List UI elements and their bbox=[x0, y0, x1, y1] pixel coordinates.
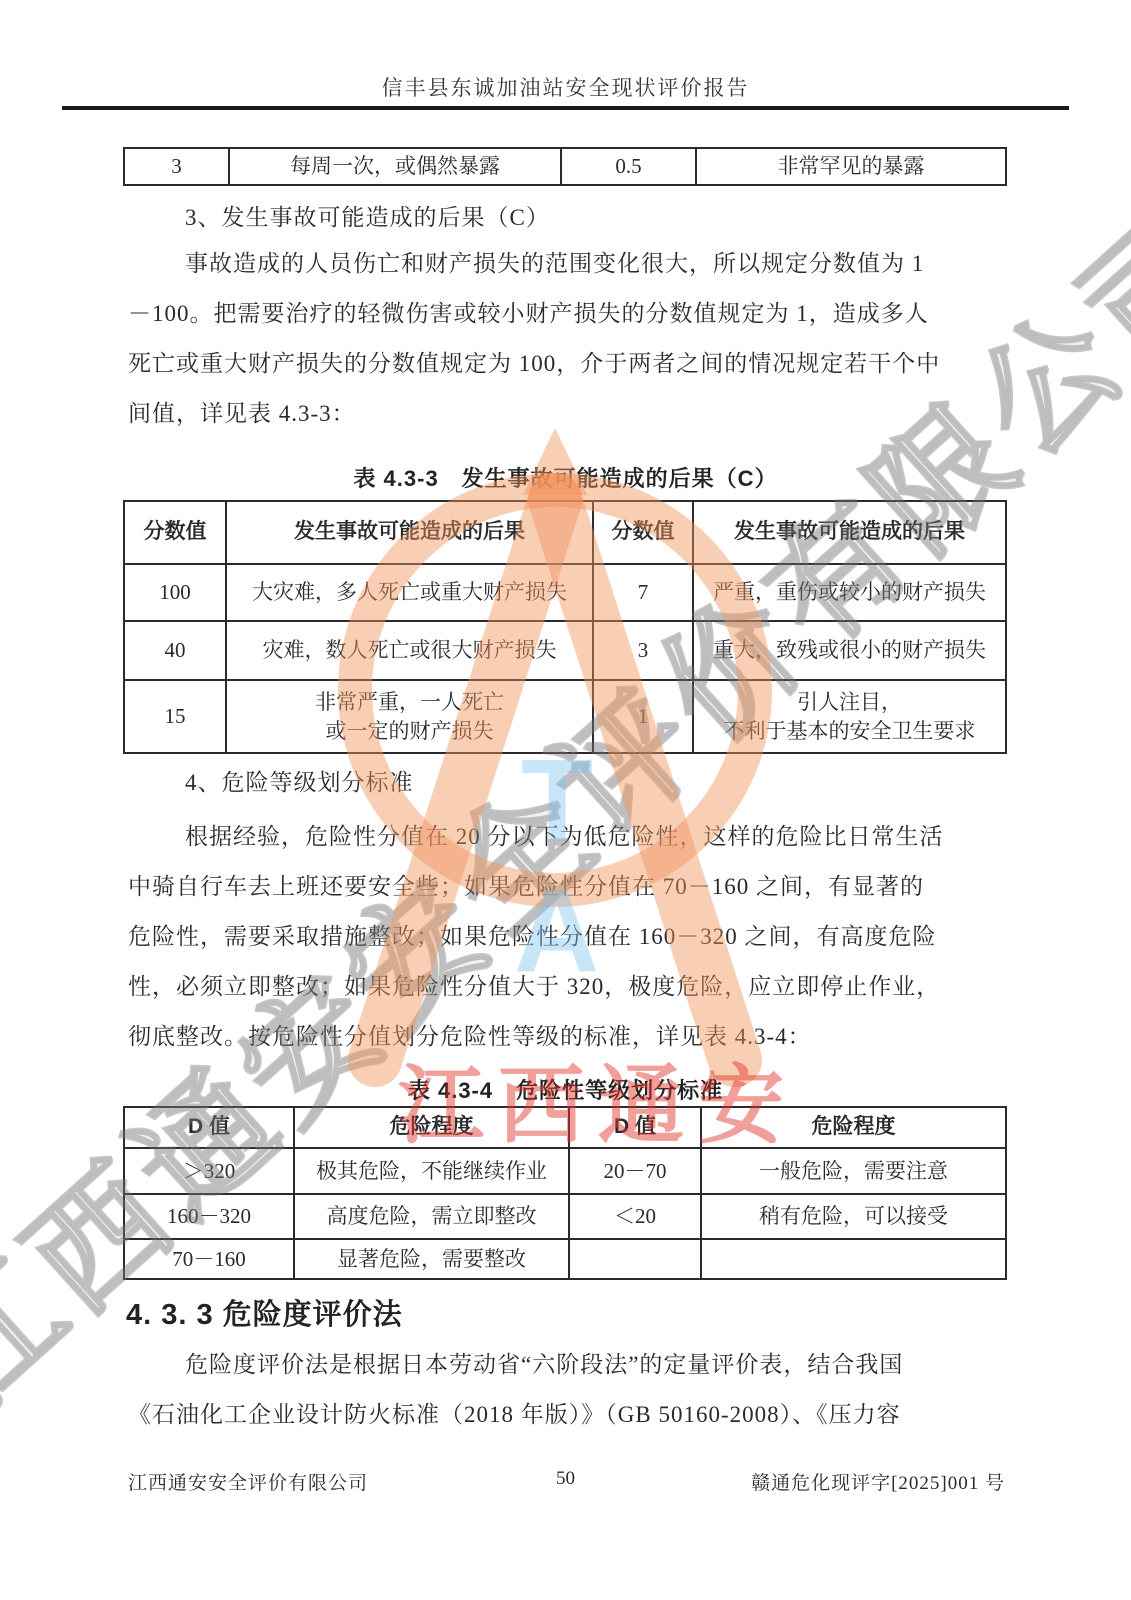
table-cell: 40 bbox=[124, 621, 226, 680]
table-row: 40 灾难，数人死亡或很大财产损失 3 重大，致残或很小的财产损失 bbox=[124, 621, 1006, 680]
table-row: 100 大灾难，多人死亡或重大财产损失 7 严重，重伤或较小的财产损失 bbox=[124, 564, 1006, 621]
table-row: 3 每周一次，或偶然暴露 0.5 非常罕见的暴露 bbox=[124, 148, 1006, 185]
paragraph-line: －100。把需要治疗的轻微伤害或较小财产损失的分数值规定为 1，造成多人 bbox=[128, 289, 1020, 339]
footer-doc-number: 赣通危化现评字[2025]001 号 bbox=[751, 1468, 1005, 1495]
table-cell: 灾难，数人死亡或很大财产损失 bbox=[226, 621, 593, 680]
table-433: 分数值 发生事故可能造成的后果 分数值 发生事故可能造成的后果 100 大灾难，… bbox=[123, 500, 1007, 754]
table-434: D 值 危险程度 D 值 危险程度 ＞320 极其危险，不能继续作业 20－70… bbox=[123, 1106, 1007, 1280]
table-cell bbox=[701, 1239, 1006, 1279]
column-header: 发生事故可能造成的后果 bbox=[693, 501, 1006, 564]
paragraph-line: 彻底整改。按危险性分值划分危险性等级的标准，详见表 4.3-4： bbox=[128, 1012, 1020, 1062]
column-header: 危险程度 bbox=[701, 1107, 1006, 1148]
table-cell: ＞320 bbox=[124, 1148, 294, 1194]
table-cell: 引人注目， 不利于基本的安全卫生要求 bbox=[693, 680, 1006, 753]
paragraph-line: 根据经验，危险性分值在 20 分以下为低危险性，这样的危险比日常生活 bbox=[128, 812, 1020, 862]
table-cell: 稍有危险，可以接受 bbox=[701, 1194, 1006, 1239]
table-cell: 3 bbox=[593, 621, 693, 680]
table-row: 160－320 高度危险，需立即整改 ＜20 稍有危险，可以接受 bbox=[124, 1194, 1006, 1239]
table-cell: 70－160 bbox=[124, 1239, 294, 1279]
table-row: 15 非常严重，一人死亡 或一定的财产损失 1 引人注目， 不利于基本的安全卫生… bbox=[124, 680, 1006, 753]
table-cell: 重大，致残或很小的财产损失 bbox=[693, 621, 1006, 680]
table-cell: 100 bbox=[124, 564, 226, 621]
carryover-table: 3 每周一次，或偶然暴露 0.5 非常罕见的暴露 bbox=[123, 147, 1007, 186]
table-434-title: 表 4.3-4 危险性等级划分标准 bbox=[0, 1074, 1131, 1105]
table-row: ＞320 极其危险，不能继续作业 20－70 一般危险，需要注意 bbox=[124, 1148, 1006, 1194]
table-header-row: D 值 危险程度 D 值 危险程度 bbox=[124, 1107, 1006, 1148]
table-cell: 160－320 bbox=[124, 1194, 294, 1239]
table-cell: 高度危险，需立即整改 bbox=[294, 1194, 569, 1239]
paragraph-line: 死亡或重大财产损失的分数值规定为 100，介于两者之间的情况规定若干个中 bbox=[128, 339, 1020, 389]
paragraph-line: 危险性，需要采取措施整改；如果危险性分值在 160－320 之间，有高度危险 bbox=[128, 912, 1020, 962]
table-433-title: 表 4.3-3 发生事故可能造成的后果（C） bbox=[0, 462, 1131, 493]
paragraph-consequence: 事故造成的人员伤亡和财产损失的范围变化很大，所以规定分数值为 1 －100。把需… bbox=[128, 239, 1020, 439]
section-heading-grade: 4、危险等级划分标准 bbox=[185, 764, 414, 797]
paragraph-grade: 根据经验，危险性分值在 20 分以下为低危险性，这样的危险比日常生活 中骑自行车… bbox=[128, 812, 1020, 1062]
paragraph-line: 《石油化工企业设计防火标准（2018 年版）》（GB 50160-2008）、《… bbox=[128, 1390, 1020, 1440]
section-heading-433: 4. 3. 3 危险度评价法 bbox=[126, 1292, 403, 1333]
paragraph-line: 中骑自行车去上班还要安全些；如果危险性分值在 70－160 之间，有显著的 bbox=[128, 862, 1020, 912]
table-cell: 严重，重伤或较小的财产损失 bbox=[693, 564, 1006, 621]
table-cell bbox=[569, 1239, 701, 1279]
section-heading-consequence: 3、发生事故可能造成的后果（C） bbox=[185, 199, 550, 232]
table-cell: ＜20 bbox=[569, 1194, 701, 1239]
table-cell: 15 bbox=[124, 680, 226, 753]
table-cell: 7 bbox=[593, 564, 693, 621]
column-header: 分数值 bbox=[124, 501, 226, 564]
table-cell: 大灾难，多人死亡或重大财产损失 bbox=[226, 564, 593, 621]
paragraph-line: 性，必须立即整改；如果危险性分值大于 320，极度危险，应立即停止作业， bbox=[128, 962, 1020, 1012]
table-cell: 极其危险，不能继续作业 bbox=[294, 1148, 569, 1194]
column-header: 危险程度 bbox=[294, 1107, 569, 1148]
paragraph-433: 危险度评价法是根据日本劳动省“六阶段法”的定量评价表，结合我国 《石油化工企业设… bbox=[128, 1340, 1020, 1440]
table-cell: 20－70 bbox=[569, 1148, 701, 1194]
column-header: D 值 bbox=[124, 1107, 294, 1148]
table-cell: 非常严重，一人死亡 或一定的财产损失 bbox=[226, 680, 593, 753]
paragraph-line: 危险度评价法是根据日本劳动省“六阶段法”的定量评价表，结合我国 bbox=[128, 1340, 1020, 1390]
column-header: 分数值 bbox=[593, 501, 693, 564]
paragraph-line: 间值，详见表 4.3-3： bbox=[128, 389, 1020, 439]
table-cell: 一般危险，需要注意 bbox=[701, 1148, 1006, 1194]
table-cell: 1 bbox=[593, 680, 693, 753]
table-cell: 非常罕见的暴露 bbox=[696, 148, 1006, 185]
table-cell: 每周一次，或偶然暴露 bbox=[229, 148, 561, 185]
paragraph-line: 事故造成的人员伤亡和财产损失的范围变化很大，所以规定分数值为 1 bbox=[128, 239, 1020, 289]
table-cell: 显著危险，需要整改 bbox=[294, 1239, 569, 1279]
column-header: D 值 bbox=[569, 1107, 701, 1148]
table-header-row: 分数值 发生事故可能造成的后果 分数值 发生事故可能造成的后果 bbox=[124, 501, 1006, 564]
header-rule bbox=[62, 106, 1069, 110]
table-row: 70－160 显著危险，需要整改 bbox=[124, 1239, 1006, 1279]
table-cell: 3 bbox=[124, 148, 229, 185]
page-header-title: 信丰县东诚加油站安全现状评价报告 bbox=[0, 72, 1131, 102]
column-header: 发生事故可能造成的后果 bbox=[226, 501, 593, 564]
table-cell: 0.5 bbox=[561, 148, 696, 185]
